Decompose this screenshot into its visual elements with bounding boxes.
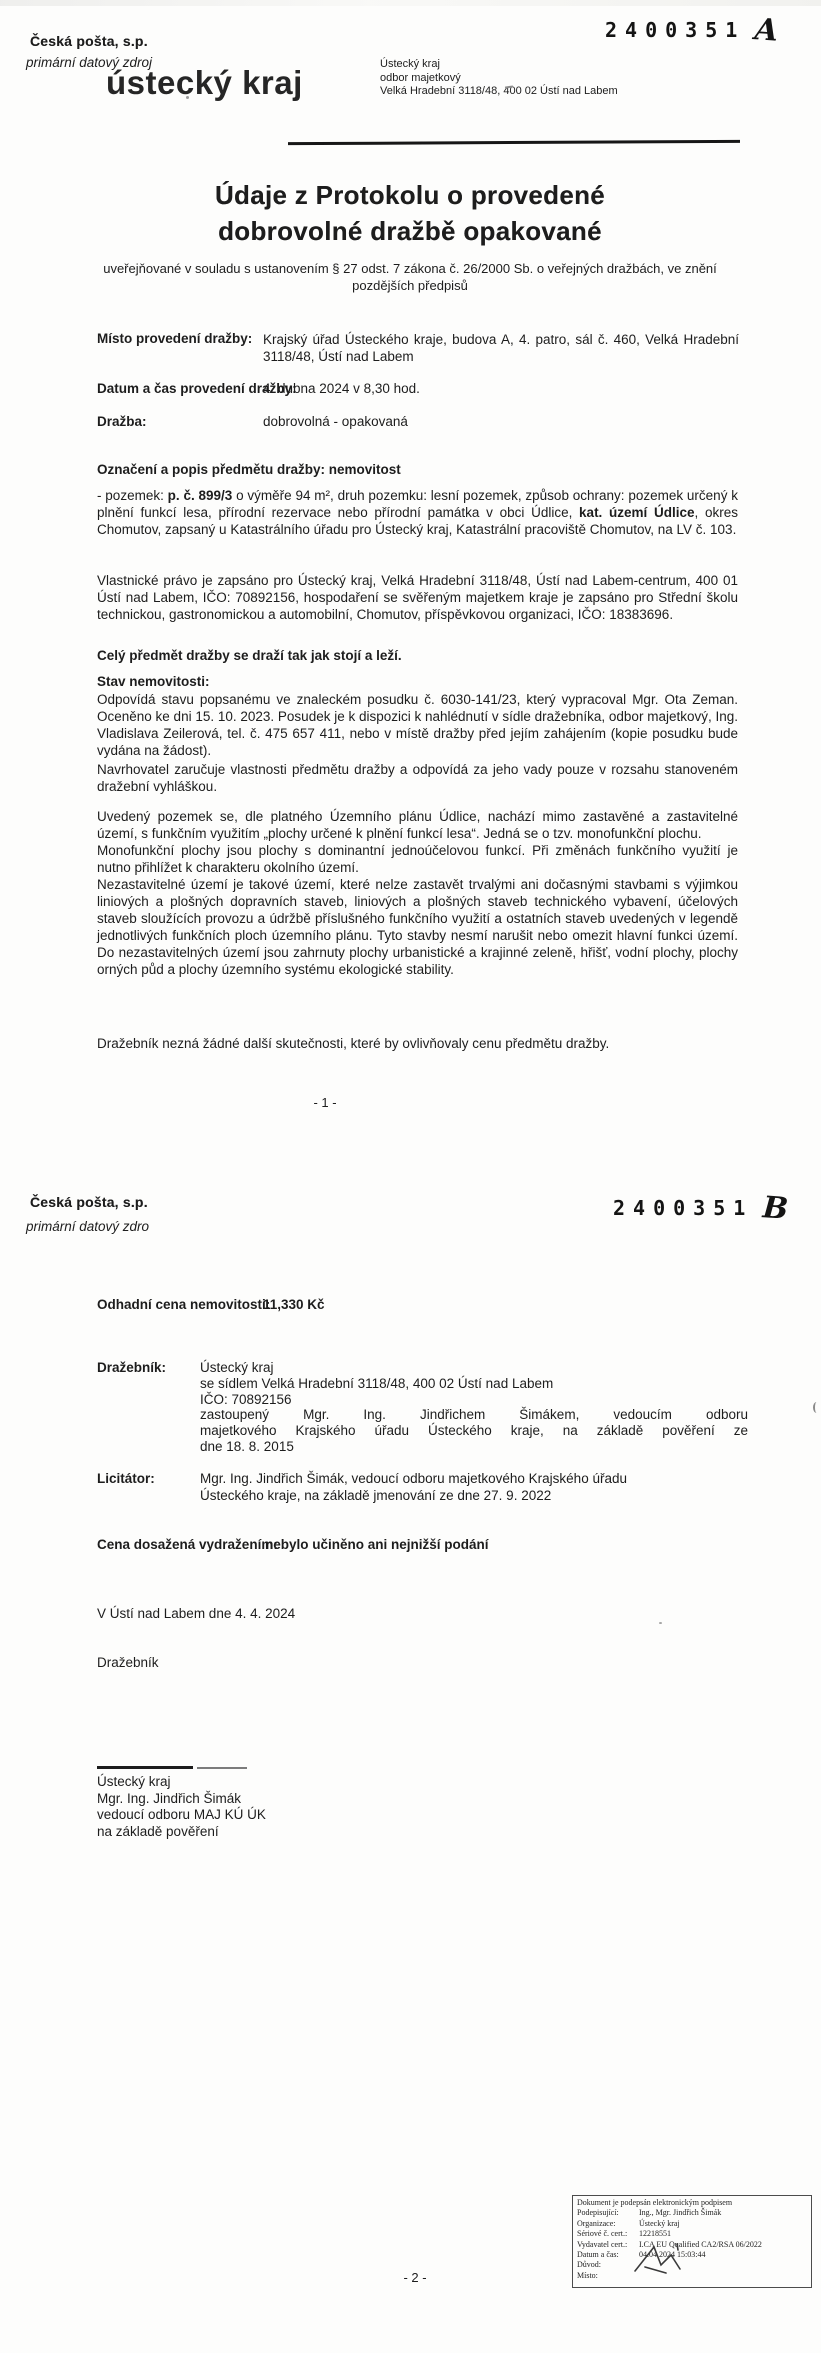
signature-line-text: Mgr. Ing. Jindřich Šimák [97, 1791, 266, 1808]
field-value-auction-type: dobrovolná - opakovaná [263, 414, 408, 429]
esign-label: Podepisující: [577, 2208, 639, 2218]
warranty-paragraph: Navrhovatel zaručuje vlastnosti předmětu… [97, 761, 738, 795]
address-line: Velká Hradební 3118/48, 400 02 Ústí nad … [380, 85, 618, 99]
address-line: odbor majetkový [380, 72, 618, 86]
signature-block: Ústecký kraj Mgr. Ing. Jindřich Šimák ve… [97, 1774, 266, 1840]
field-value-licitator: Mgr. Ing. Jindřich Šimák, vedoucí odboru… [200, 1471, 748, 1504]
auctioneer-line: dne 18. 8. 2015 [200, 1439, 748, 1455]
auctioneer-line: IČO: 70892156 [200, 1392, 748, 1408]
page-number-2: - 2 - [385, 2270, 445, 2285]
auctioneer-line: se sídlem Velká Hradební 3118/48, 400 02… [200, 1376, 748, 1392]
esign-value: Ústecký kraj [639, 2219, 680, 2229]
field-label-achieved-price: Cena dosažená vydražením: [97, 1537, 278, 1552]
stamp-number: 2400351 [605, 18, 745, 42]
title-line-2: dobrovolné dražbě opakované [80, 213, 740, 249]
condition-heading: Stav nemovitosti: [97, 674, 210, 689]
esign-label: Organizace: [577, 2219, 639, 2229]
parcel-number: p. č. 899/3 [168, 488, 233, 503]
sender-name: Česká pošta, s.p. [30, 1194, 148, 1210]
field-label-auctioneer: Dražebník: [97, 1360, 166, 1375]
scan-speck [813, 1402, 820, 1413]
field-value-estimate-price: 11,330 Kč [263, 1297, 325, 1312]
esign-value: Ing., Mgr. Jindřich Šimák [639, 2208, 721, 2218]
disclaimer-paragraph: Dražebník nezná žádné další skutečnosti,… [97, 1035, 738, 1052]
stamp-letter: B [762, 1190, 790, 1227]
sender-subtitle: primární datový zdro [26, 1219, 149, 1234]
document-subtitle: uveřejňované v souladu s ustanovením § 2… [80, 261, 740, 294]
licitator-line: Mgr. Ing. Jindřich Šimák, vedoucí odboru… [200, 1471, 748, 1488]
scan-edge-artifact [0, 0, 821, 6]
subject-heading: Označení a popis předmětu dražby: nemovi… [97, 462, 401, 477]
field-value-datetime: 4. dubna 2024 v 8,30 hod. [263, 381, 420, 396]
esign-row: Podepisující: Ing., Mgr. Jindřich Šimák [577, 2208, 807, 2218]
cadastral-area: kat. území Údlice [579, 505, 694, 520]
scan-speck [186, 96, 189, 99]
signature-line [97, 1766, 193, 1769]
handwritten-signature-mark [630, 2238, 700, 2280]
field-label-auction-type: Dražba: [97, 414, 147, 429]
field-value-place: Krajský úřad Ústeckého kraje, budova A, … [263, 331, 739, 365]
ustecky-kraj-logo: ústecký kraj [106, 64, 303, 102]
subject-text: - pozemek: [97, 488, 168, 503]
place-and-date-line: V Ústí nad Labem dne 4. 4. 2024 [97, 1606, 295, 1621]
scanned-auction-protocol-document: Česká pošta, s.p. primární datový zdroj … [0, 0, 821, 2353]
esign-row: Organizace: Ústecký kraj [577, 2219, 807, 2229]
zoning-paragraph-1: Uvedený pozemek se, dle platného Územníh… [97, 808, 738, 842]
signature-line-text: Ústecký kraj [97, 1774, 266, 1791]
zoning-paragraph-2: Monofunkční plochy jsou plochy s dominan… [97, 842, 738, 876]
subject-paragraph: - pozemek: p. č. 899/3 o výměře 94 m², d… [97, 487, 738, 538]
condition-paragraph: Odpovídá stavu popsanému ve znaleckém po… [97, 691, 738, 759]
auctioneer-line: majetkového Krajského úřadu Ústeckého kr… [200, 1423, 748, 1439]
auctioneer-line: Ústecký kraj [200, 1360, 748, 1376]
signature-line-text: vedoucí odboru MAJ KÚ ÚK [97, 1807, 266, 1824]
field-label-estimate-price: Odhadní cena nemovitosti: [97, 1297, 270, 1312]
licitator-line: Ústeckého kraje, na základě jmenování ze… [200, 1488, 748, 1505]
stamp-number: 2400351 [613, 1196, 753, 1220]
field-label-place: Místo provedení dražby: [97, 331, 252, 346]
filing-number-stamp-a: 2400351A [605, 10, 779, 45]
document-title: Údaje z Protokolu o provedené dobrovolné… [80, 177, 740, 249]
field-value-auctioneer: Ústecký kraj se sídlem Velká Hradební 31… [200, 1360, 748, 1455]
signature-line-text: na základě pověření [97, 1824, 266, 1841]
address-line: Ústecký kraj [380, 58, 618, 72]
esign-title: Dokument je podepsán elektronickým podpi… [577, 2198, 807, 2208]
signature-line-faded [197, 1767, 247, 1769]
page-number-1: - 1 - [295, 1095, 355, 1110]
sender-name: Česká pošta, s.p. [30, 33, 148, 49]
stamp-letter: A [754, 12, 780, 49]
sender-address-block: Ústecký kraj odbor majetkový Velká Hrade… [380, 58, 618, 99]
signatory-role: Dražebník [97, 1655, 159, 1670]
field-label-licitator: Licitátor: [97, 1471, 155, 1486]
field-value-achieved-price: nebylo učiněno ani nejnižší podání [265, 1537, 489, 1552]
filing-number-stamp-b: 2400351B [613, 1188, 789, 1223]
ownership-paragraph: Vlastnické právo je zapsáno pro Ústecký … [97, 572, 738, 623]
scan-speck [659, 1622, 662, 1624]
title-line-1: Údaje z Protokolu o provedené [80, 177, 740, 213]
zoning-paragraphs: Uvedený pozemek se, dle platného Územníh… [97, 808, 738, 978]
as-is-statement: Celý předmět dražby se draží tak jak sto… [97, 648, 402, 663]
zoning-paragraph-3: Nezastavitelné území je takové území, kt… [97, 876, 738, 978]
header-divider-line [288, 140, 740, 145]
auctioneer-line: zastoupený Mgr. Ing. Jindřichem Šimákem,… [200, 1407, 748, 1423]
